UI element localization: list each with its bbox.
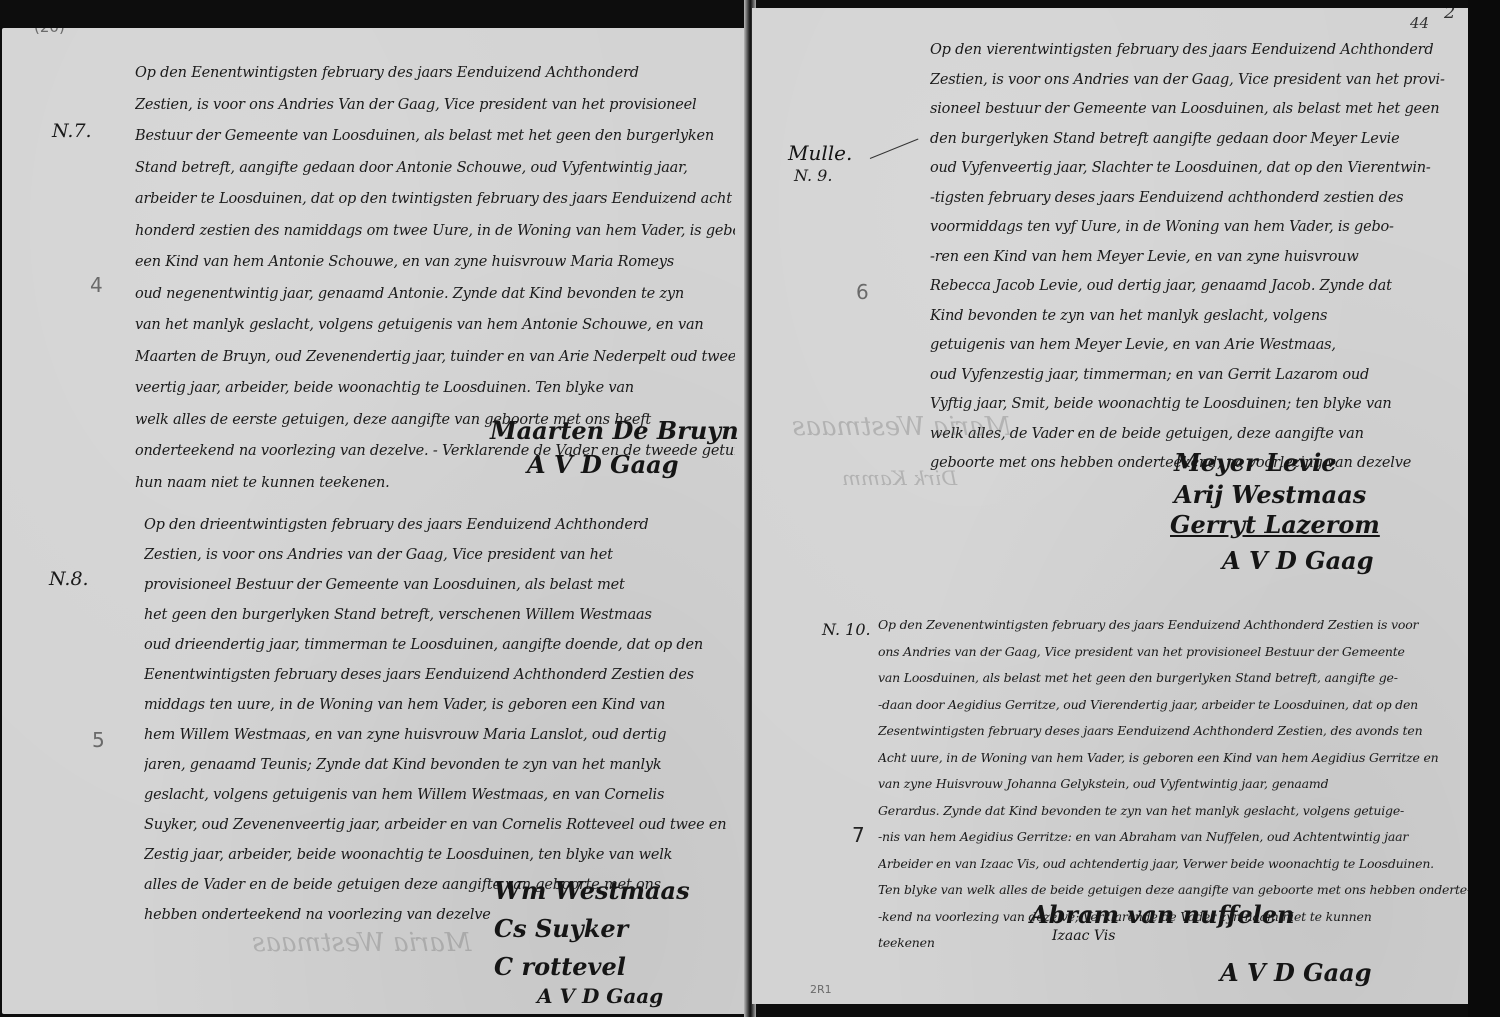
record-line: Op den Zevenentwintigsten february des j… (878, 612, 1468, 639)
annotation-arrow (870, 139, 919, 159)
record-line: hem Willem Westmaas, en van zyne huisvro… (144, 720, 739, 750)
record-line: Stand betreft, aangifte gedaan door Anto… (135, 153, 735, 185)
folio-number: 44 (1410, 14, 1429, 32)
signature-maarten-de-bruyn: Maarten De Bruyn (490, 416, 739, 445)
margin-note-mulle: Mulle. (788, 141, 852, 165)
pencil-number: 7 (852, 823, 865, 847)
record-line: -ren een Kind van hem Meyer Levie, en va… (930, 243, 1465, 273)
record-line: een Kind van hem Antonie Schouwe, en van… (135, 247, 735, 279)
record-line: arbeider te Loosduinen, dat op den twint… (135, 184, 735, 216)
entry-number-7: N.7. (52, 120, 92, 142)
record-line: Zestien, is voor ons Andries van der Gaa… (144, 540, 739, 570)
record-line: veertig jaar, arbeider, beide woonachtig… (135, 373, 735, 405)
record-line: geslacht, volgens getuigenis van hem Wil… (144, 780, 739, 810)
record-line: voormiddags ten vyf Uure, in de Woning v… (930, 213, 1465, 243)
signature-rottevel: C rottevel (494, 952, 626, 981)
record-line: Zestien, is voor ons Andries Van der Gaa… (135, 90, 735, 122)
record-line: oud Vyfenzestig jaar, timmerman; en van … (930, 361, 1465, 391)
record-line: Acht uure, in de Woning van hem Vader, i… (878, 745, 1468, 772)
corner-mark: 2 (1444, 8, 1455, 23)
record-line: van het manlyk geslacht, volgens getuige… (135, 310, 735, 342)
record-line: Zestig jaar, arbeider, beide woonachtig … (144, 840, 739, 870)
record-line: Zestien, is voor ons Andries van der Gaa… (930, 66, 1465, 96)
record-line: Rebecca Jacob Levie, oud dertig jaar, ge… (930, 272, 1465, 302)
signature-suyker: Cs Suyker (494, 914, 628, 943)
record-line: Bestuur der Gemeente van Loosduinen, als… (135, 121, 735, 153)
signature-avd-gaag: A V D Gaag (537, 984, 663, 1008)
record-line: middags ten uure, in de Woning van hem V… (144, 690, 739, 720)
entry-number-8: N.8. (49, 568, 89, 590)
ink-bleed-through: Maria Westmaas (792, 412, 1011, 442)
record-line: Op den vierentwintigsten february des ja… (930, 36, 1465, 66)
corner-mark: (20) (34, 28, 65, 36)
record-line: honderd zestien des namiddags om twee Uu… (135, 216, 735, 248)
signature-abram-van-nuffelen: Abram van nuffelen (1030, 900, 1295, 929)
record-line: teekenen (878, 930, 1468, 957)
record-line: -daan door Aegidius Gerritze, oud Vieren… (878, 692, 1468, 719)
ink-bleed-through: Dirk Kamm (842, 466, 957, 490)
record-line: oud drieendertig jaar, timmerman te Loos… (144, 630, 739, 660)
entry-number-9: N. 9. (794, 166, 832, 185)
signature-westmaas: Wm Westmaas (494, 876, 690, 905)
pencil-number: 6 (856, 280, 869, 304)
birth-record-entry-8: Op den drieentwintigsten february des ja… (144, 510, 739, 930)
signature-arij-westmaas: Arij Westmaas (1174, 480, 1366, 509)
record-line: Eenentwintigsten february deses jaars Ee… (144, 660, 739, 690)
left-register-page: (20) N.7. 4 Op den Eenentwintigsten febr… (2, 28, 747, 1014)
record-line: jaren, genaamd Teunis; Zynde dat Kind be… (144, 750, 739, 780)
right-register-page: 44 2 Mulle. N. 9. 6 Op den vierentwintig… (752, 8, 1468, 1004)
signature-avd-gaag: A V D Gaag (1220, 958, 1372, 987)
bottom-mark: 2R1 (810, 983, 832, 996)
signature-gerryt-lazerom: Gerryt Lazerom (1170, 510, 1380, 539)
record-line: Op den Eenentwintigsten february des jaa… (135, 58, 735, 90)
record-line: van zyne Huisvrouw Johanna Gelykstein, o… (878, 771, 1468, 798)
record-line: ons Andries van der Gaag, Vice president… (878, 639, 1468, 666)
record-line: Suyker, oud Zevenenveertig jaar, arbeide… (144, 810, 739, 840)
record-line: van Loosduinen, als belast met het geen … (878, 665, 1468, 692)
signature-avd-gaag: A V D Gaag (527, 450, 679, 479)
record-line: getuigenis van hem Meyer Levie, en van A… (930, 331, 1465, 361)
record-line: -nis van hem Aegidius Gerritze: en van A… (878, 824, 1468, 851)
signature-izaac-vis: Izaac Vis (1052, 928, 1115, 944)
record-line: Arbeider en van Izaac Vis, oud achtender… (878, 851, 1468, 878)
record-line: sioneel bestuur der Gemeente van Loosdui… (930, 95, 1465, 125)
record-line: provisioneel Bestuur der Gemeente van Lo… (144, 570, 739, 600)
ink-bleed-through: Maria Westmaas (252, 928, 471, 958)
record-line: den burgerlyken Stand betreft aangifte g… (930, 125, 1465, 155)
record-line: Gerardus. Zynde dat Kind bevonden te zyn… (878, 798, 1468, 825)
record-line: Op den drieentwintigsten february des ja… (144, 510, 739, 540)
record-line: Maarten de Bruyn, oud Zevenendertig jaar… (135, 342, 735, 374)
entry-number-10: N. 10. (822, 620, 871, 639)
record-line: oud Vyfenveertig jaar, Slachter te Loosd… (930, 154, 1465, 184)
scan-border (1468, 0, 1500, 1017)
record-line: het geen den burgerlyken Stand betreft, … (144, 600, 739, 630)
record-line: oud negenentwintig jaar, genaamd Antonie… (135, 279, 735, 311)
pencil-number: 4 (90, 273, 103, 297)
record-line: Zesentwintigsten february deses jaars Ee… (878, 718, 1468, 745)
pencil-number: 5 (92, 728, 105, 752)
signature-avd-gaag: A V D Gaag (1222, 546, 1374, 575)
record-line: -tigsten february deses jaars Eenduizend… (930, 184, 1465, 214)
signature-meyer-levie: Meyer Levie (1174, 448, 1337, 477)
record-line: Kind bevonden te zyn van het manlyk gesl… (930, 302, 1465, 332)
